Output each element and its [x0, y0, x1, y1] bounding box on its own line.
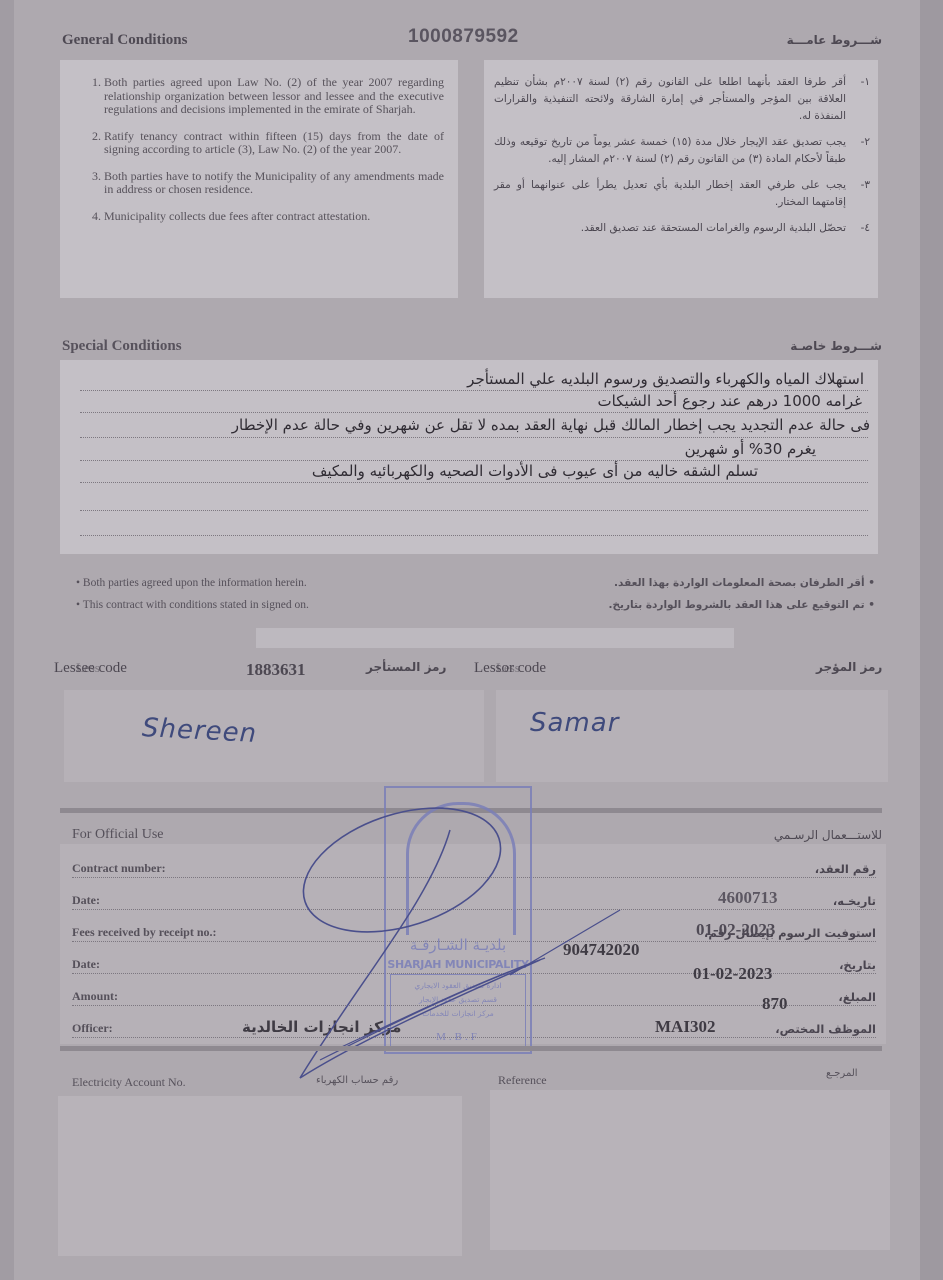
general-conditions-en-panel: Both parties agreed upon Law No. (2) of … — [60, 60, 458, 298]
amount-value: 870 — [762, 994, 788, 1014]
special-conditions-header: Special Conditions شـــروط خاصـة — [62, 333, 882, 359]
special-condition-line-2: غرامه 1000 درهم عند رجوع أحد الشيكات — [598, 392, 862, 410]
stamp-line-3: مركز انجازات للخدمات — [391, 1009, 525, 1018]
label-ar: الموظف المختص، — [771, 1022, 876, 1036]
label-ar: بتاريخ، — [835, 958, 876, 972]
section-divider — [60, 1046, 882, 1051]
agreement-ar: • أقر الطرفان بصحة المعلومات الواردة بهذ… — [608, 572, 875, 616]
page-edge — [920, 0, 943, 1280]
item-number: ٣- — [861, 177, 870, 194]
special-conditions-title-ar: شـــروط خاصـة — [790, 339, 882, 353]
municipality-stamp: بلديـة الشـارقـة SHARJAH MUNICIPALITY اد… — [384, 786, 532, 1054]
contract-number: 1000879592 — [408, 26, 519, 48]
lessor-code-label-ar: رمز المؤجر — [816, 660, 882, 674]
label-en: Fees received by receipt no.: — [72, 925, 221, 940]
lessor-signature: Samar — [530, 708, 619, 738]
agreement-ar-1: • أقر الطرفان بصحة المعلومات الواردة بهذ… — [608, 572, 875, 594]
officer-center-value: مركز انجازات الخالدية — [242, 1018, 401, 1036]
lessee-signature-box — [64, 690, 484, 782]
dotted-line — [80, 510, 868, 511]
receipt-number-value: 01-02-2023 — [696, 920, 775, 940]
agreement-ar-2: • تم التوقيع على هذا العقد بالشروط الوار… — [608, 594, 875, 616]
special-condition-line-1: استهلاك المياه والكهرباء والتصديق ورسوم … — [467, 370, 864, 388]
special-conditions-title-en: Special Conditions — [62, 338, 182, 355]
general-condition-ar-2: ٢-يجب تصديق عقد الإيجار خلال مدة (١٥) خم… — [494, 134, 846, 168]
special-condition-line-3: فى حالة عدم التجديد يجب إخطار المالك قبل… — [232, 416, 870, 434]
dotted-line — [80, 412, 868, 413]
reference-label-en: Reference — [498, 1073, 547, 1088]
general-condition-en-2: Ratify tenancy contract within fifteen (… — [104, 130, 444, 157]
dotted-line — [80, 437, 868, 438]
signing-date-field — [256, 628, 734, 648]
general-conditions-title-en: General Conditions — [62, 32, 187, 49]
label-ar: رقم العقد، — [811, 862, 876, 876]
party-codes-row: LessLessee code 1883631 رمز المستأجر Les… — [76, 660, 896, 688]
stamp-line-1: ادارة تصديق العقود الايجاري — [391, 981, 525, 990]
agreement-en: • Both parties agreed upon the informati… — [76, 572, 309, 616]
item-number: ١- — [861, 74, 870, 91]
reference-box — [490, 1090, 890, 1250]
item-number: ٢- — [861, 134, 870, 151]
label-text: Lessor code — [474, 660, 546, 677]
lessee-code-label-ar: رمز المستأجر — [366, 660, 446, 674]
stamp-name-ar: بلديـة الشـارقـة — [386, 936, 530, 954]
electricity-account-label-ar: رقم حساب الكهرباء — [316, 1075, 398, 1086]
label-en: Amount: — [72, 989, 122, 1004]
official-use-title-en: For Official Use — [72, 827, 164, 843]
receipt-code-value: 904742020 — [563, 940, 640, 960]
stamp-name-en: SHARJAH MUNICIPALITY — [386, 958, 530, 971]
officer-code-value: MAI302 — [655, 1017, 715, 1037]
label-en: Officer: — [72, 1021, 117, 1036]
dotted-line — [80, 482, 868, 483]
label-text: Lessee code — [54, 660, 127, 677]
dotted-line — [80, 460, 868, 461]
item-text: يجب تصديق عقد الإيجار خلال مدة (١٥) خمسة… — [494, 136, 846, 165]
reference-label-ar: المرجـع — [826, 1068, 858, 1079]
stamp-inner-box: ادارة تصديق العقود الايجاري قسم تصديق عق… — [390, 974, 526, 1048]
label-ar: المبلغ، — [834, 990, 876, 1004]
item-text: يجب على طرفي العقد إخطار البلدية بأي تعد… — [494, 179, 846, 208]
item-number: ٤- — [861, 220, 870, 237]
agreement-en-1: • Both parties agreed upon the informati… — [76, 572, 309, 594]
label-en: Contract number: — [72, 861, 170, 876]
contract-date-value: 4600713 — [718, 888, 778, 908]
stamp-arch-icon — [406, 802, 516, 935]
general-conditions-ar-panel: ١-أقر طرفا العقد بأنهما اطلعا على القانو… — [484, 60, 878, 298]
item-text: تحصّل البلدية الرسوم والغرامات المستحقة … — [581, 222, 846, 234]
general-condition-ar-4: ٤-تحصّل البلدية الرسوم والغرامات المستحق… — [494, 220, 846, 237]
general-condition-en-4: Municipality collects due fees after con… — [104, 210, 444, 224]
general-condition-en-3: Both parties have to notify the Municipa… — [104, 170, 444, 197]
receipt-date-value: 01-02-2023 — [693, 964, 772, 984]
special-conditions-panel: استهلاك المياه والكهرباء والتصديق ورسوم … — [60, 360, 878, 554]
special-condition-line-5: تسلم الشقه خاليه من أى عيوب فى الأدوات ا… — [312, 462, 758, 480]
official-use-title-ar: للاستـــعمال الرسـمي — [774, 828, 882, 842]
item-text: أقر طرفا العقد بأنهما اطلعا على القانون … — [494, 76, 846, 122]
general-condition-ar-1: ١-أقر طرفا العقد بأنهما اطلعا على القانو… — [494, 74, 846, 125]
label-en: Date: — [72, 893, 104, 908]
stamp-code: M.B.F — [391, 1031, 525, 1043]
dotted-line — [80, 390, 868, 391]
lessee-code-value: 1883631 — [246, 660, 306, 680]
general-conditions-title-ar: شـــروط عامـــة — [787, 33, 882, 47]
stamp-line-2: قسم تصديق عقود الإيجار — [391, 995, 525, 1004]
special-condition-line-4: يغرم 30% أو شهرين — [685, 440, 816, 458]
general-condition-en-1: Both parties agreed upon Law No. (2) of … — [104, 76, 444, 117]
general-condition-ar-3: ٣-يجب على طرفي العقد إخطار البلدية بأي ت… — [494, 177, 846, 211]
label-en: Date: — [72, 957, 104, 972]
electricity-account-label-en: Electricity Account No. — [72, 1075, 186, 1090]
label-ar: تاريخـه، — [829, 894, 876, 908]
dotted-line — [80, 535, 868, 536]
lessee-signature: Shereen — [141, 713, 258, 749]
electricity-account-box — [58, 1096, 462, 1256]
agreement-en-2: • This contract with conditions stated i… — [76, 594, 309, 616]
